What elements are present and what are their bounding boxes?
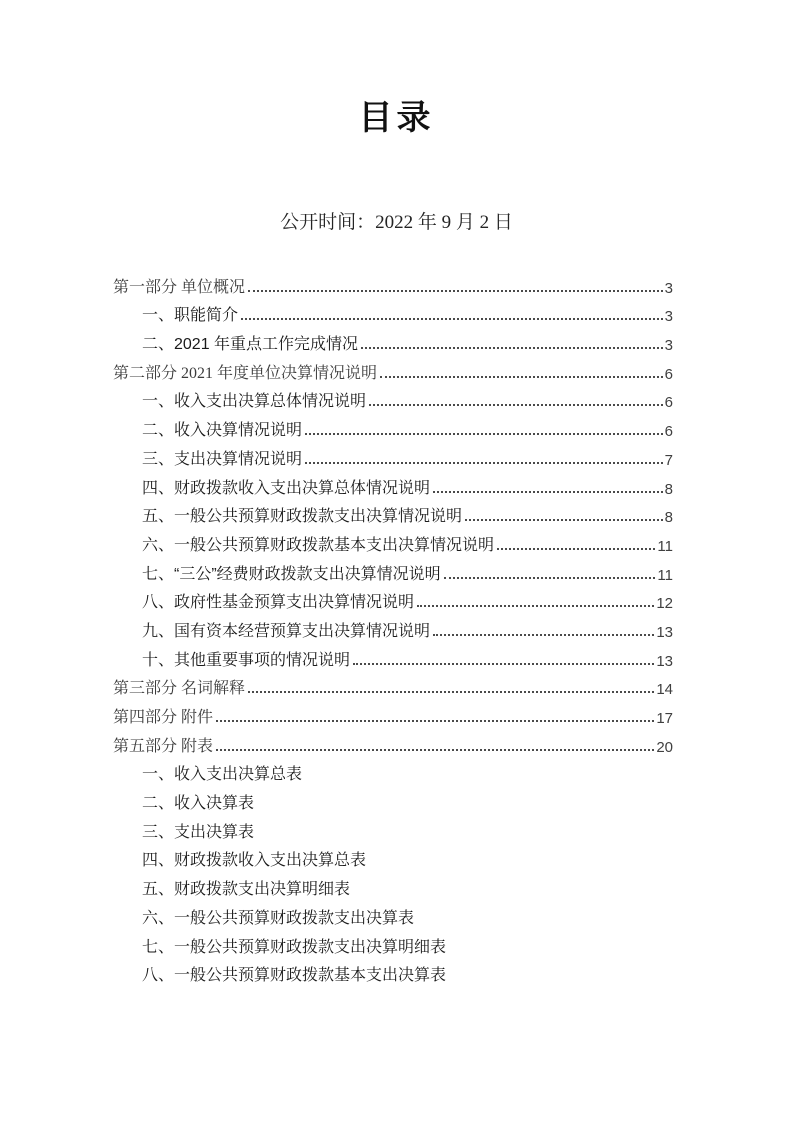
toc-entry-label: 四、财政拨款收入支出决算总体情况说明 [142, 475, 430, 498]
publish-date-line: 公开时间：2022 年 9 月 2 日 [0, 209, 793, 237]
toc-entry-label: 一、职能简介 [142, 302, 238, 325]
toc-entry-label: 第五部分 附表 [113, 733, 213, 756]
toc-page-number: 13 [656, 624, 673, 641]
toc-entry-label: 六、一般公共预算财政拨款基本支出决算情况说明 [142, 532, 494, 555]
toc-leader-dots [248, 691, 654, 693]
toc-page-number: 13 [656, 653, 673, 670]
toc-entry: 第二部分 2021 年度单位决算情况说明6 [113, 357, 673, 386]
toc-entry: 第三部分 名词解释14 [113, 673, 673, 702]
toc-entry: 五、财政拨款支出决算明细表 [113, 873, 673, 902]
toc-entry: 一、收入支出决算总表 [113, 759, 673, 788]
toc-leader-dots [353, 663, 654, 665]
toc-entry: 四、财政拨款收入支出决算总体情况说明8 [113, 472, 673, 501]
toc-leader-dots [433, 634, 654, 636]
toc-leader-dots [369, 404, 663, 406]
toc-page-number: 8 [665, 481, 673, 498]
toc-page-number: 8 [665, 509, 673, 526]
toc-entry-label: 八、政府性基金预算支出决算情况说明 [142, 589, 414, 612]
toc-entry-label: 十、其他重要事项的情况说明 [142, 647, 350, 670]
toc-leader-dots [216, 749, 654, 751]
table-of-contents: 第一部分 单位概况3一、职能简介3二、2021 年重点工作完成情况3第二部分 2… [113, 271, 673, 988]
toc-entry: 第一部分 单位概况3 [113, 271, 673, 300]
document-page: 目录 公开时间：2022 年 9 月 2 日 第一部分 单位概况3一、职能简介3… [0, 0, 793, 1122]
page-title: 目录 [0, 96, 793, 140]
toc-entry: 二、2021 年重点工作完成情况3 [113, 328, 673, 357]
toc-entry-label: 五、一般公共预算财政拨款支出决算情况说明 [142, 503, 462, 526]
toc-leader-dots [444, 577, 656, 579]
toc-entry-label: 九、国有资本经营预算支出决算情况说明 [142, 618, 430, 641]
toc-page-number: 3 [665, 337, 673, 354]
toc-page-number: 3 [665, 308, 673, 325]
toc-entry-label: 第一部分 单位概况 [113, 274, 245, 297]
toc-leader-dots [241, 318, 663, 320]
toc-entry-label: 七、“三公”经费财政拨款支出决算情况说明 [142, 561, 441, 584]
toc-entry: 十、其他重要事项的情况说明13 [113, 644, 673, 673]
toc-entry: 第四部分 附件17 [113, 701, 673, 730]
toc-page-number: 6 [665, 423, 673, 440]
toc-page-number: 17 [656, 710, 673, 727]
toc-entry-label: 第四部分 附件 [113, 704, 213, 727]
toc-entry-label: 三、支出决算情况说明 [142, 446, 302, 469]
toc-entry: 八、政府性基金预算支出决算情况说明12 [113, 587, 673, 616]
toc-entry: 四、财政拨款收入支出决算总表 [113, 845, 673, 874]
toc-entry-label: 第三部分 名词解释 [113, 675, 245, 698]
toc-page-number: 14 [656, 681, 673, 698]
toc-leader-dots [417, 605, 654, 607]
toc-leader-dots [433, 491, 663, 493]
toc-leader-dots [216, 720, 654, 722]
toc-entry: 八、一般公共预算财政拨款基本支出决算表 [113, 960, 673, 989]
toc-entry-label: 五、财政拨款支出决算明细表 [142, 876, 350, 899]
toc-entry-label: 一、收入支出决算总体情况说明 [142, 388, 366, 411]
toc-leader-dots [380, 376, 663, 378]
toc-entry-label: 第二部分 2021 年度单位决算情况说明 [113, 360, 377, 383]
toc-entry-label: 八、一般公共预算财政拨款基本支出决算表 [142, 962, 446, 985]
toc-entry-label: 一、收入支出决算总表 [142, 761, 302, 784]
toc-page-number: 6 [665, 366, 673, 383]
toc-leader-dots [361, 347, 663, 349]
toc-leader-dots [465, 519, 663, 521]
toc-page-number: 3 [665, 280, 673, 297]
toc-entry-label: 三、支出决算表 [142, 819, 254, 842]
toc-entry: 三、支出决算情况说明7 [113, 443, 673, 472]
toc-entry-label: 七、一般公共预算财政拨款支出决算明细表 [142, 934, 446, 957]
toc-page-number: 6 [665, 394, 673, 411]
toc-entry: 七、“三公”经费财政拨款支出决算情况说明11 [113, 558, 673, 587]
toc-leader-dots [248, 290, 663, 292]
toc-page-number: 7 [665, 452, 673, 469]
toc-entry: 六、一般公共预算财政拨款基本支出决算情况说明11 [113, 529, 673, 558]
toc-leader-dots [305, 433, 663, 435]
toc-entry: 七、一般公共预算财政拨款支出决算明细表 [113, 931, 673, 960]
toc-page-number: 11 [657, 567, 673, 584]
toc-page-number: 12 [656, 595, 673, 612]
toc-entry: 六、一般公共预算财政拨款支出决算表 [113, 902, 673, 931]
toc-entry-label: 二、收入决算表 [142, 790, 254, 813]
toc-entry: 三、支出决算表 [113, 816, 673, 845]
toc-entry-label: 四、财政拨款收入支出决算总表 [142, 847, 366, 870]
toc-entry: 九、国有资本经营预算支出决算情况说明13 [113, 615, 673, 644]
toc-leader-dots [497, 548, 655, 550]
toc-entry-label: 二、收入决算情况说明 [142, 417, 302, 440]
toc-leader-dots [305, 462, 663, 464]
toc-entry: 二、收入决算表 [113, 787, 673, 816]
toc-entry: 五、一般公共预算财政拨款支出决算情况说明8 [113, 501, 673, 530]
toc-entry-label: 六、一般公共预算财政拨款支出决算表 [142, 905, 414, 928]
toc-page-number: 20 [656, 739, 673, 756]
toc-entry: 第五部分 附表20 [113, 730, 673, 759]
toc-entry: 二、收入决算情况说明6 [113, 414, 673, 443]
toc-entry: 一、收入支出决算总体情况说明6 [113, 386, 673, 415]
toc-entry-label: 二、2021 年重点工作完成情况 [142, 331, 358, 354]
toc-page-number: 11 [657, 538, 673, 555]
toc-entry: 一、职能简介3 [113, 300, 673, 329]
